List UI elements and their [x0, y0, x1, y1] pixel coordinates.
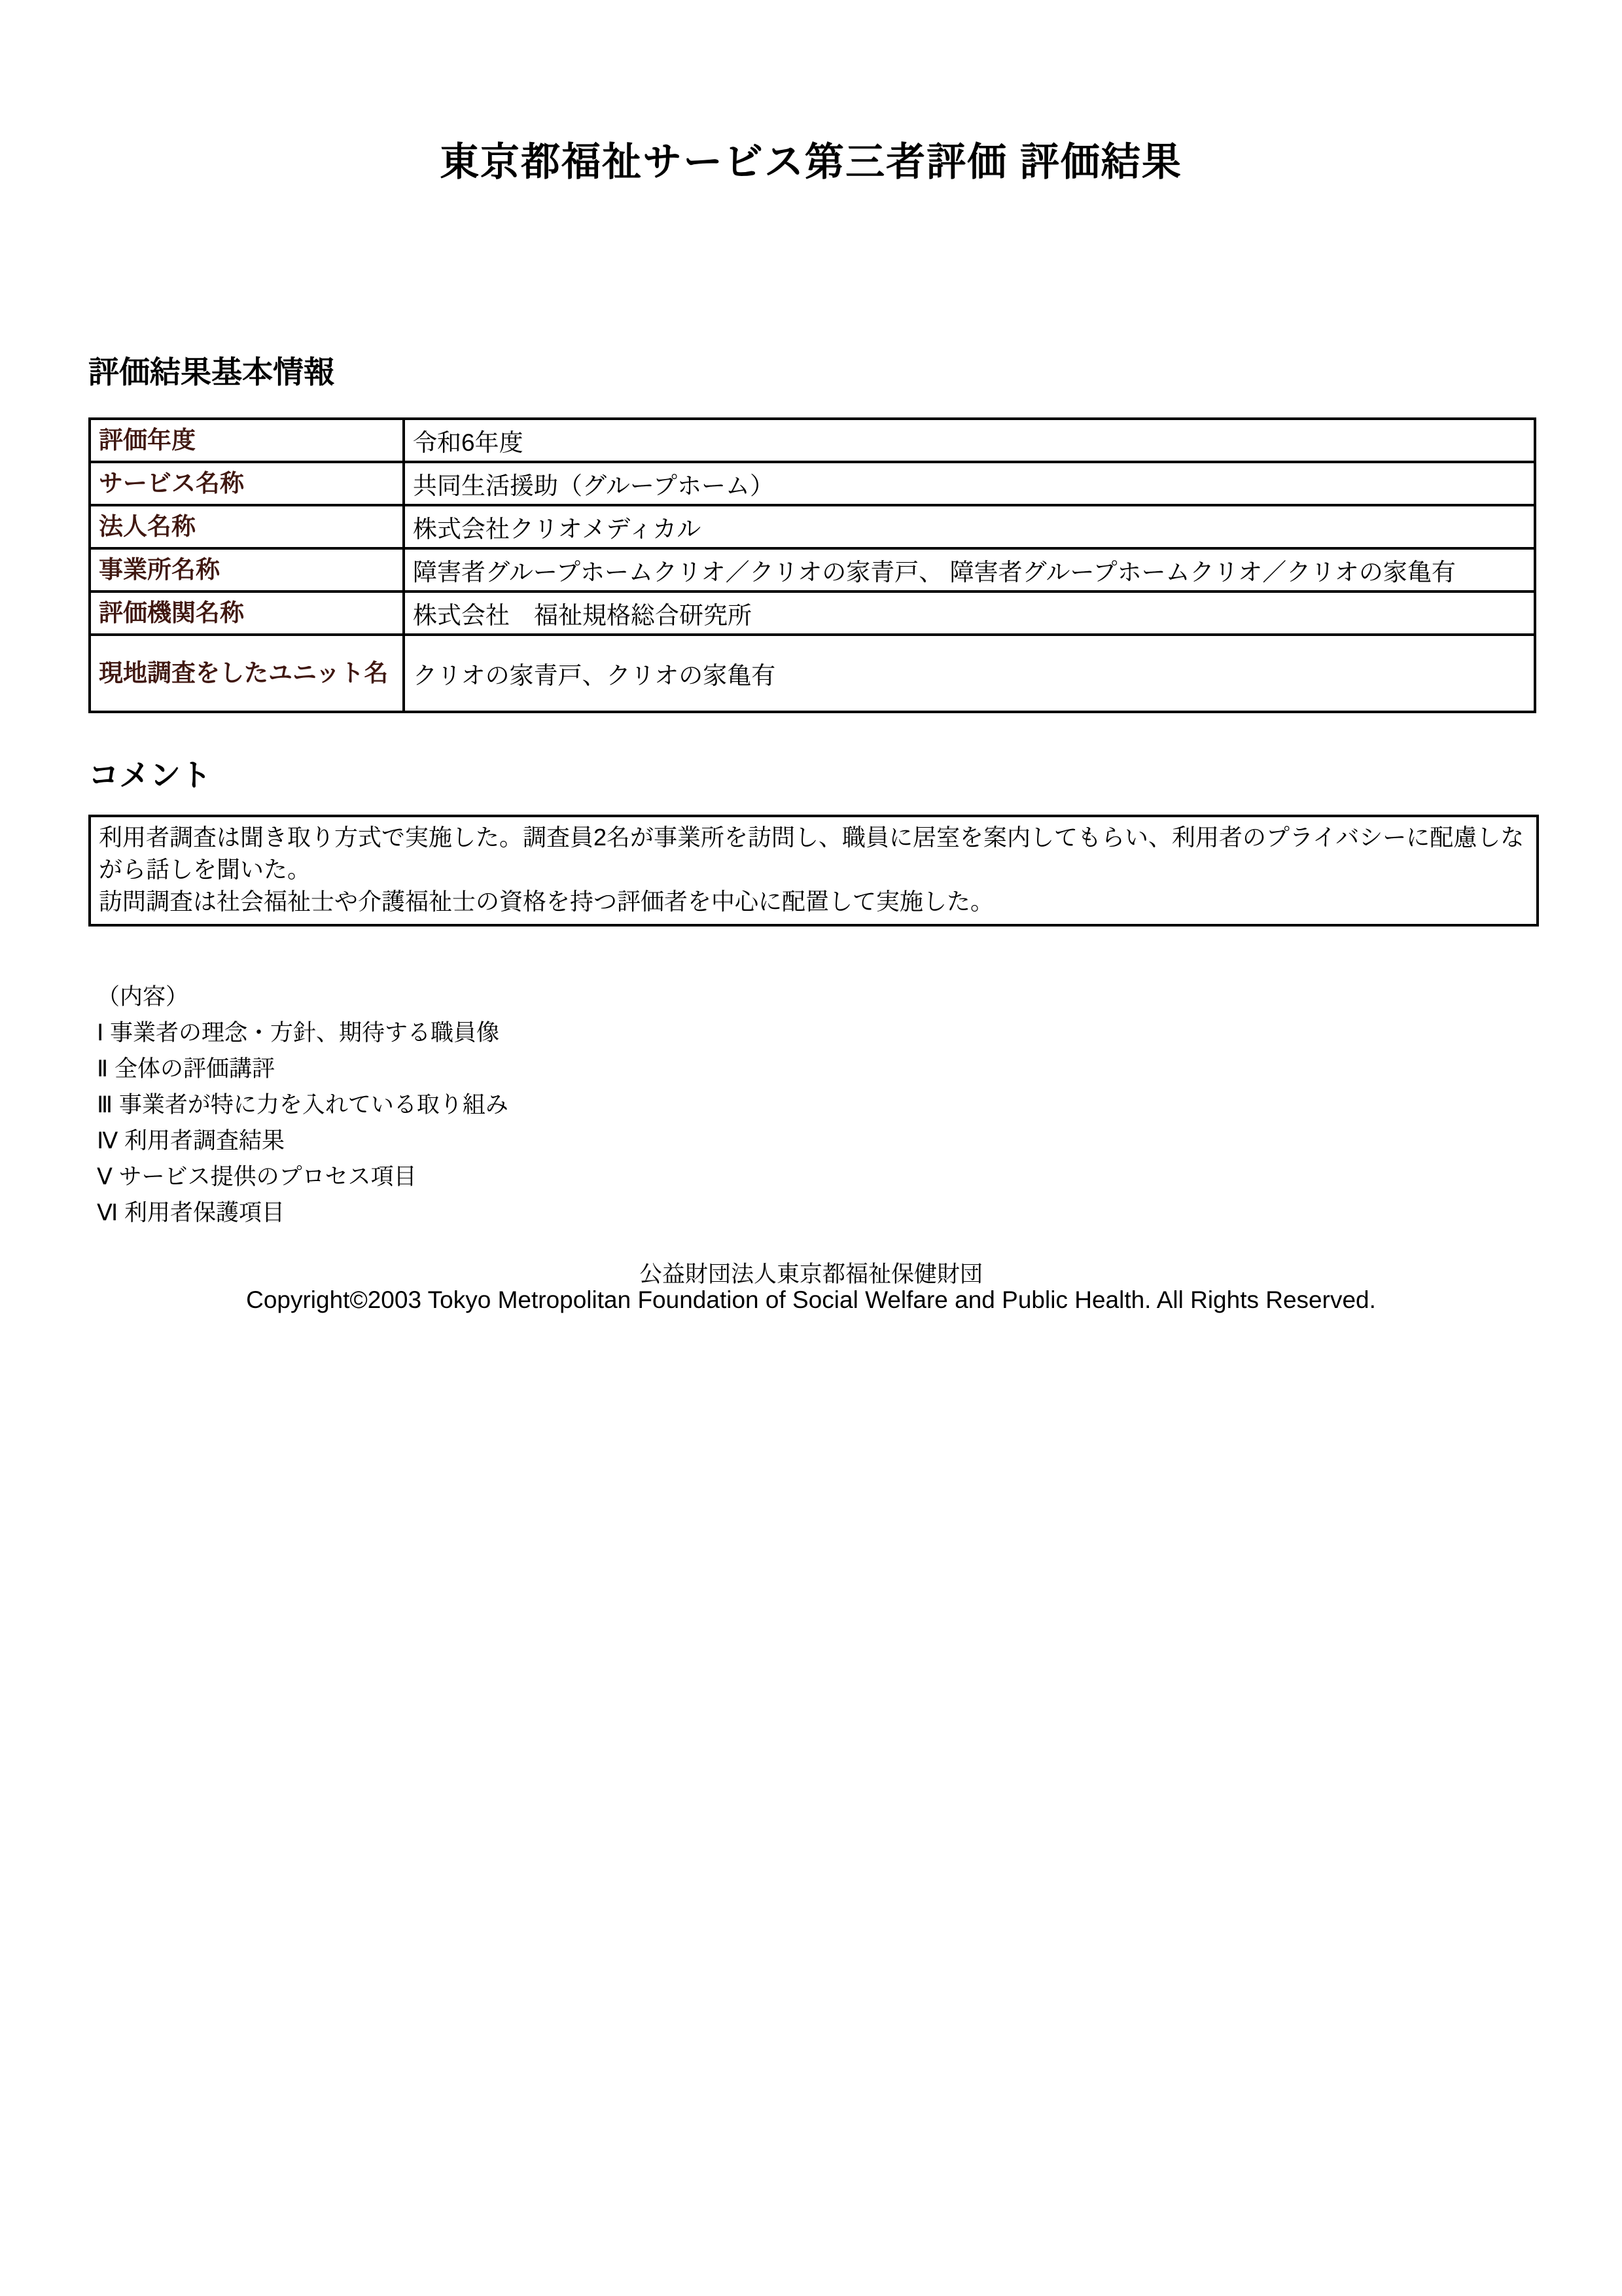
contents-item: Ⅲ 事業者が特に力を入れている取り組み — [97, 1087, 508, 1123]
row-label: 事業所名称 — [90, 548, 404, 592]
table-row: 現地調査をしたユニット名 クリオの家青戸、クリオの家亀有 — [90, 635, 1535, 712]
section-heading-comment: コメント — [88, 751, 211, 795]
row-value: 共同生活援助（グループホーム） — [404, 462, 1535, 505]
row-value: 株式会社 福祉規格総合研究所 — [404, 592, 1535, 635]
row-label: サービス名称 — [90, 462, 404, 505]
row-label: 現地調査をしたユニット名 — [90, 635, 404, 712]
row-label: 評価機関名称 — [90, 592, 404, 635]
contents-item: Ⅰ 事業者の理念・方針、期待する職員像 — [97, 1015, 508, 1051]
table-row: 評価機関名称 株式会社 福祉規格総合研究所 — [90, 592, 1535, 635]
row-value: 株式会社クリオメディカル — [404, 505, 1535, 548]
comment-paragraph: 利用者調査は聞き取り方式で実施した。調査員2名が事業所を訪問し、職員に居室を案内… — [99, 821, 1528, 885]
basic-info-table: 評価年度 令和6年度 サービス名称 共同生活援助（グループホーム） 法人名称 株… — [88, 417, 1536, 713]
comment-box: 利用者調査は聞き取り方式で実施した。調査員2名が事業所を訪問し、職員に居室を案内… — [88, 815, 1539, 927]
row-value: クリオの家青戸、クリオの家亀有 — [404, 635, 1535, 712]
table-row: 事業所名称 障害者グループホームクリオ／クリオの家青戸、 障害者グループホームク… — [90, 548, 1535, 592]
table-row: サービス名称 共同生活援助（グループホーム） — [90, 462, 1535, 505]
comment-paragraph: 訪問調査は社会福祉士や介護福祉士の資格を持つ評価者を中心に配置して実施した。 — [99, 885, 1528, 917]
row-value: 障害者グループホームクリオ／クリオの家青戸、 障害者グループホームクリオ／クリオ… — [404, 548, 1535, 592]
footer-copyright: Copyright©2003 Tokyo Metropolitan Founda… — [0, 1286, 1622, 1314]
page-title: 東京都福祉サービス第三者評価 評価結果 — [0, 131, 1622, 187]
table-row: 評価年度 令和6年度 — [90, 419, 1535, 462]
row-label: 法人名称 — [90, 505, 404, 548]
contents-list: （内容） Ⅰ 事業者の理念・方針、期待する職員像 Ⅱ 全体の評価講評 Ⅲ 事業者… — [97, 979, 508, 1231]
contents-item: Ⅳ 利用者調査結果 — [97, 1123, 508, 1159]
row-value: 令和6年度 — [404, 419, 1535, 462]
contents-item: Ⅴ サービス提供のプロセス項目 — [97, 1159, 508, 1195]
section-heading-basic-info: 評価結果基本情報 — [88, 348, 334, 392]
document-page: 東京都福祉サービス第三者評価 評価結果 評価結果基本情報 評価年度 令和6年度 … — [0, 0, 1622, 2296]
contents-item: Ⅱ 全体の評価講評 — [97, 1051, 508, 1087]
contents-heading: （内容） — [97, 979, 508, 1015]
row-label: 評価年度 — [90, 419, 404, 462]
contents-item: Ⅵ 利用者保護項目 — [97, 1195, 508, 1231]
footer-org: 公益財団法人東京都福祉保健財団 — [0, 1256, 1622, 1289]
table-row: 法人名称 株式会社クリオメディカル — [90, 505, 1535, 548]
